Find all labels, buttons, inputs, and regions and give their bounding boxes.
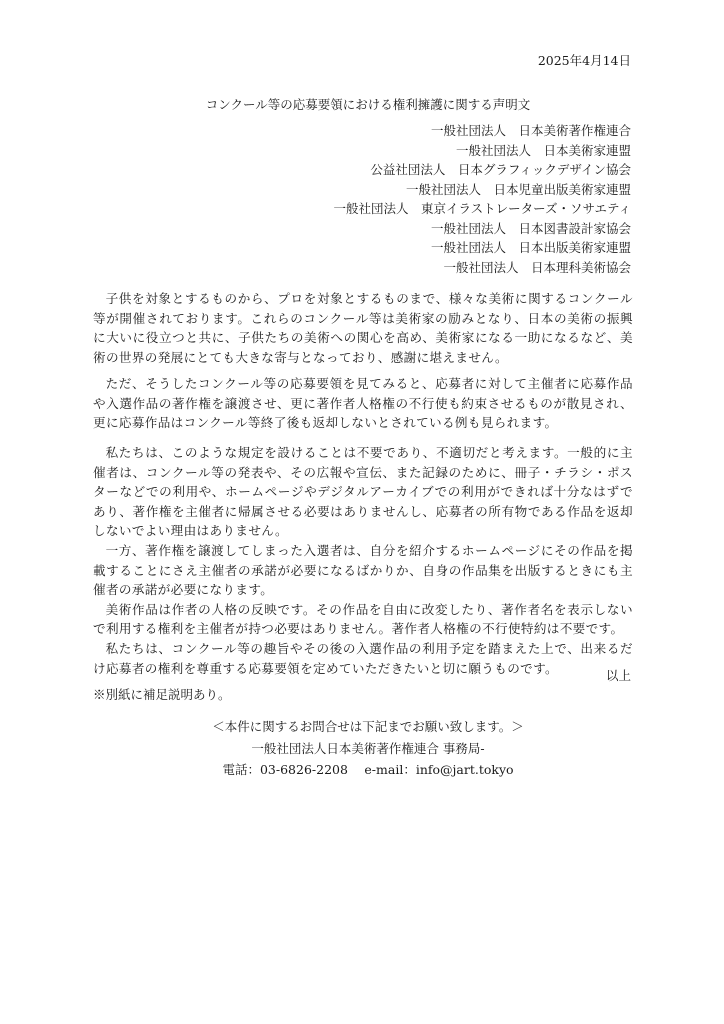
paragraph-block-1: 子供を対象とするものから、プロを対象とするものまで、様々な美術に関するコンクール… [93, 289, 633, 367]
organization-name: 一般社団法人 日本出版美術家連盟 [333, 238, 631, 258]
body-paragraph: ただ、そうしたコンクール等の応募要領を見てみると、応募者に対して主催者に応募作品… [93, 374, 633, 433]
contact-heading: ＜本件に関するお問合せは下記までお願い致します。＞ [12, 716, 724, 738]
organization-name: 一般社団法人 日本理科美術協会 [333, 258, 631, 278]
organization-name: 一般社団法人 日本図書設計家協会 [333, 219, 631, 239]
body-paragraph: 子供を対象とするものから、プロを対象とするものまで、様々な美術に関するコンクール… [93, 289, 633, 367]
body-paragraph: 美術作品は作者の人格の反映です。その作品を自由に改変したり、著作者名を表示しない… [93, 600, 633, 639]
organization-name: 一般社団法人 日本児童出版美術家連盟 [333, 180, 631, 200]
supplementary-note: ※別紙に補足説明あり。 [93, 685, 231, 703]
contact-phone-email: 電話：03-6826-2208 e-mail：info@jart.tokyo [12, 759, 724, 781]
body-paragraph: 私たちは、このような規定を設けることは不要であり、不適切だと考えます。一般的に主… [93, 443, 633, 541]
organization-name: 一般社団法人 東京イラストレーターズ・ソサエティ [333, 199, 631, 219]
paragraph-block-2: ただ、そうしたコンクール等の応募要領を見てみると、応募者に対して主催者に応募作品… [93, 374, 633, 433]
organization-name: 一般社団法人 日本美術著作権連合 [333, 121, 631, 141]
organization-name: 公益社団法人 日本グラフィックデザイン協会 [333, 160, 631, 180]
document-page: 2025年4月14日 コンクール等の応募要領における権利擁護に関する声明文 一般… [0, 0, 724, 1024]
organization-name: 一般社団法人 日本美術家連盟 [333, 141, 631, 161]
closing-mark: 以上 [606, 666, 631, 684]
body-paragraph: 一方、著作権を譲渡してしまった入選者は、自分を紹介するホームページにその作品を掲… [93, 541, 633, 600]
document-date: 2025年4月14日 [538, 51, 631, 69]
body-paragraph: 私たちは、コンクール等の趣旨やその後の入選作品の利用予定を踏まえた上で、出来るだ… [93, 639, 633, 678]
contact-info: ＜本件に関するお問合せは下記までお願い致します。＞ 一般社団法人日本美術著作権連… [0, 716, 724, 781]
signatory-organizations: 一般社団法人 日本美術著作権連合 一般社団法人 日本美術家連盟 公益社団法人 日… [333, 121, 631, 277]
contact-office: 一般社団法人日本美術著作権連合 事務局- [12, 738, 724, 760]
paragraph-block-3: 私たちは、このような規定を設けることは不要であり、不適切だと考えます。一般的に主… [93, 443, 633, 678]
document-title: コンクール等の応募要領における権利擁護に関する声明文 [0, 95, 724, 113]
